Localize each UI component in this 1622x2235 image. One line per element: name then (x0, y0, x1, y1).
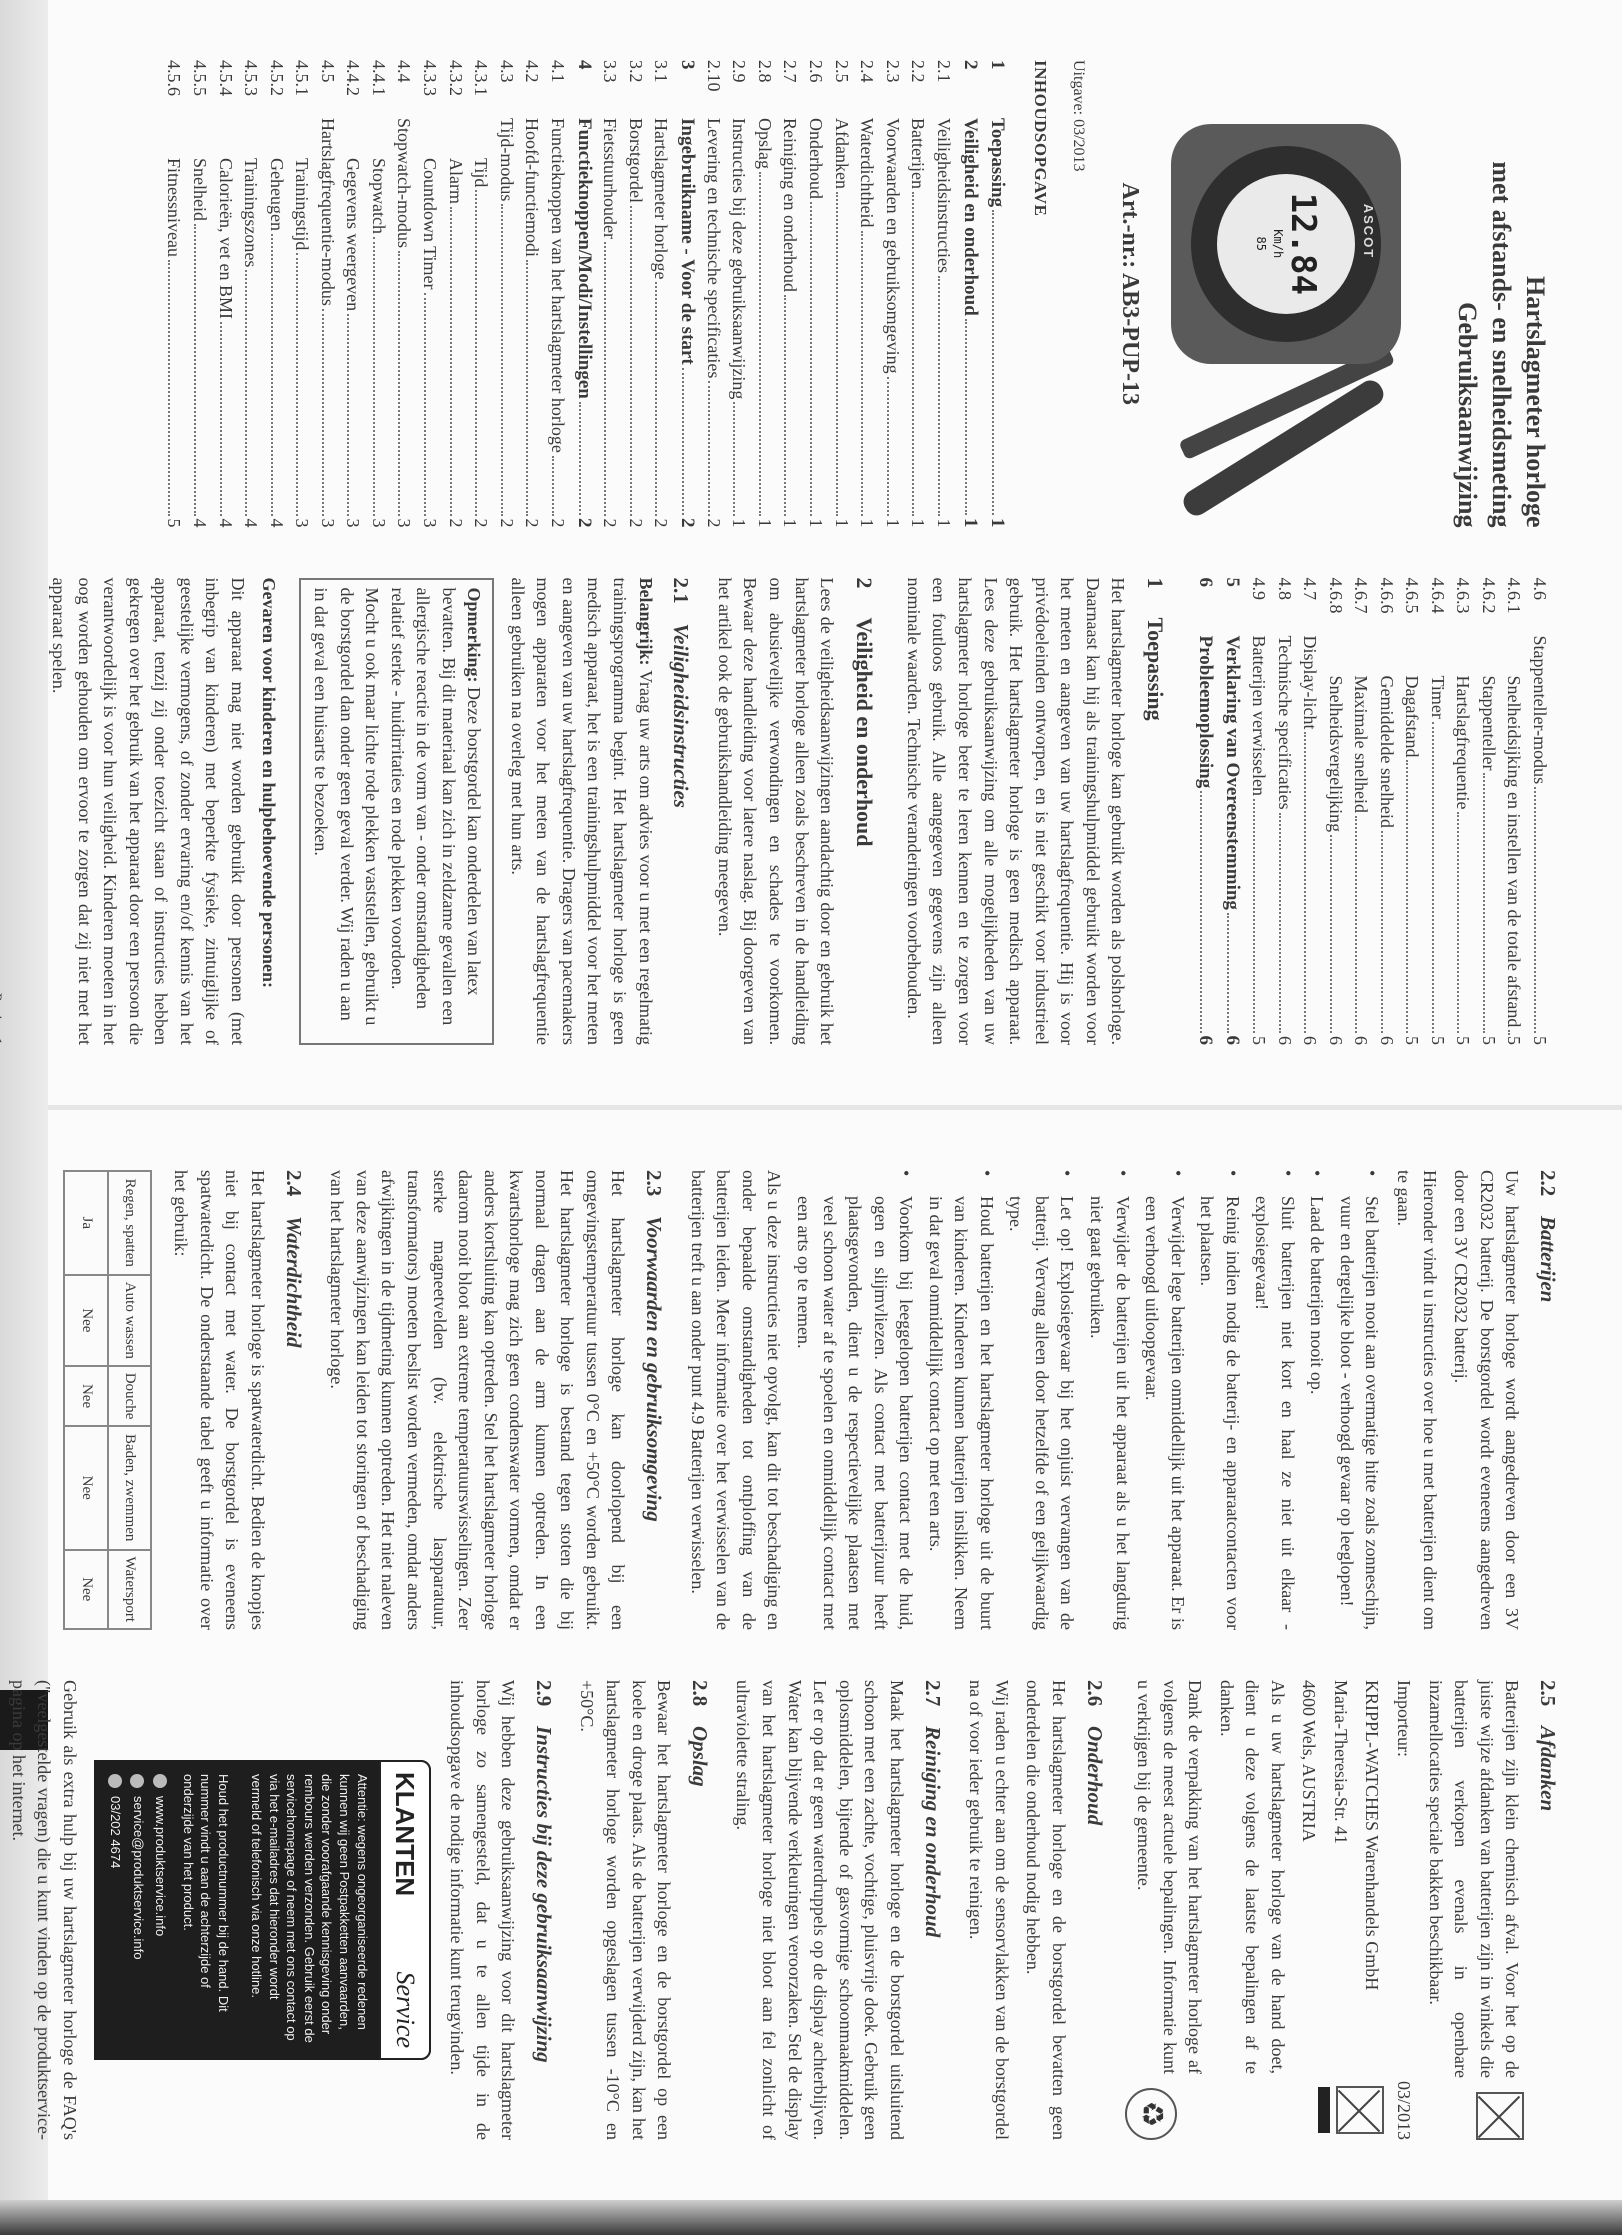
toc-entry[interactable]: 4.6.4Timer5 (1424, 578, 1450, 1046)
toc-entry[interactable]: 4.5.6Fitnessniveau5 (161, 60, 187, 528)
toc-entry[interactable]: 4Functieknoppen/Modi/Instellingen2 (570, 60, 597, 528)
section-body: Uw hartslagmeter horloge wordt aangedrev… (1448, 1170, 1525, 1630)
page-2-sheet: 2.2Batterijen Uw hartslagmeter horloge w… (48, 1110, 1622, 2200)
toc-entry[interactable]: 4.8Technische specificaties6 (1271, 578, 1297, 1046)
weee-date: 03/2013 (1390, 2081, 1416, 2140)
section-body: Wij hebben deze gebruiksaanwijzing voor … (443, 1680, 520, 2140)
toc-entry[interactable]: 4.4.2Gegevens weergeven3 (340, 60, 366, 528)
page-1-column-2: 4.6Stappenteller-modus54.6.1Snelheidsijk… (88, 578, 1552, 1046)
importer-name: KRIPPL-WATCHES Warenhandels GmbH (1359, 1680, 1385, 2061)
water-resistance-table: Regen, spatten Auto wassen Douche Baden,… (63, 1170, 152, 1630)
watch-brand: ASCOT (1358, 204, 1376, 260)
toc-entry[interactable]: 4.3.1Tijd2 (468, 60, 494, 528)
toc-entry[interactable]: 6Probleemoplossing6 (1192, 578, 1219, 1046)
toc-entry[interactable]: 4.4.1Stopwatch3 (365, 60, 391, 528)
page-2-column-2: 2.5Afdanken Batterijen zijn klein chemis… (88, 1680, 1562, 2140)
list-item: •Reinig indien nodig de batterij- en app… (1194, 1170, 1245, 1630)
toc-entry[interactable]: 4.5.2Geheugen4 (263, 60, 289, 528)
mail-icon (130, 1774, 144, 1788)
bullet-icon: • (922, 1170, 999, 1186)
subsection-heading: 2.4Waterdichtheid (278, 1170, 308, 1630)
toc-entry[interactable]: 3.1Hartslagmeter horloge2 (648, 60, 674, 528)
toc-entry[interactable]: 2.9Instructies bij deze gebruiksaanwijzi… (726, 60, 752, 528)
table-of-contents: 1Toepassing12Veiligheid en onderhoud12.1… (161, 60, 1010, 528)
toc-entry[interactable]: 4.6.3Hartslagfrequentie5 (1450, 578, 1476, 1046)
section-body: Batterijen zijn klein chemisch afval. Vo… (1422, 1680, 1524, 2078)
section-body: Als u uw hartslagmeter horloge van de ha… (1213, 1680, 1290, 2074)
list-item: •Houd batterijen en het hartslagmeter ho… (922, 1170, 999, 1630)
toc-entry[interactable]: 2Veiligheid en onderhoud1 (956, 60, 983, 528)
section-body: Maak het hartslagmeter horloge en de bor… (730, 1680, 909, 2140)
weee-bar-icon (1318, 2087, 1330, 2133)
toc-entry[interactable]: 2.4Waterdichtheid1 (854, 60, 880, 528)
section-body: Als u deze instructies niet opvolgt, kan… (684, 1170, 786, 1630)
toc-entry[interactable]: 3.3Fietsstuurhouder2 (597, 60, 623, 528)
subsection-heading: 2.3Voorwaarden en gebruiksomgeving (638, 1170, 668, 1630)
toc-entry[interactable]: 2.3Voorwaarden en gebruiksomgeving1 (879, 60, 905, 528)
toc-entry[interactable]: 4.6.5Dagafstand5 (1399, 578, 1425, 1046)
document-title: Hartslagmeter horloge met afstands- en s… (1451, 60, 1552, 528)
kids-body: Dit apparaat mag niet worden gebruikt do… (46, 578, 250, 1046)
toc-entry[interactable]: 4.6Stappenteller-modus5 (1526, 578, 1552, 1046)
list-item: •Sluit batterijen niet kort en haal ze n… (1249, 1170, 1300, 1630)
kids-heading: Gevaren voor kinderen en hulpbehoevende … (256, 578, 282, 1046)
section-body: Belangrijk: Vraag uw arts om advies voor… (504, 578, 657, 1046)
toc-entry[interactable]: 4.7Display-licht6 (1297, 578, 1323, 1046)
phone-icon (108, 1774, 122, 1788)
weee-bin-icon (1336, 2086, 1384, 2134)
importer-label: Importeur: (1390, 1680, 1416, 2061)
toc-entry[interactable]: 4.3.3Countdown Timer3 (416, 60, 442, 528)
toc-entry[interactable]: 4.5.4Calorieën, vet en BMI4 (212, 60, 238, 528)
importer-street: Maria-Theresia-Str. 41 (1327, 1680, 1353, 2061)
section-heading: 1Toepassing (1140, 578, 1171, 1046)
bullet-icon: • (1249, 1170, 1300, 1186)
latex-note-box: Opmerking: Deze borstgordel kan onderdel… (299, 578, 494, 1046)
section-body: Lees de veiligheidsaanwijzingen aandacht… (711, 578, 839, 1046)
section-body: Bewaar het hartslagmeter horloge en de b… (574, 1680, 676, 2140)
globe-icon (153, 1774, 167, 1788)
article-number: Art.-nr.: AB3-PUP-13 (1113, 60, 1147, 528)
toc-entry[interactable]: 2.8Opslag1 (751, 60, 777, 528)
list-item: •Voorkom bij leeggelopen batterijen cont… (790, 1170, 918, 1630)
product-image: ASCOT 12.84 Km/h 85 (1161, 124, 1421, 464)
toc-entry[interactable]: 5Verklaring van Overeenstemming6 (1218, 578, 1245, 1046)
section-heading: 2Veiligheid en onderhoud (849, 578, 880, 1046)
toc-entry[interactable]: 2.6Onderhoud1 (802, 60, 828, 528)
toc-entry[interactable]: 4.5.1Trainingstijd3 (289, 60, 315, 528)
toc-entry[interactable]: 2.7Reiniging en onderhoud1 (777, 60, 803, 528)
recycle-icon: ♻ (1125, 2088, 1177, 2140)
toc-entry[interactable]: 2.1Veiligheidsinstructies1 (930, 60, 956, 528)
edition: Uitgave: 03/2013 (1066, 60, 1089, 528)
toc-entry[interactable]: 2.2Batterijen1 (905, 60, 931, 528)
list-item: •Verwijder de batterijen uit het apparaa… (1083, 1170, 1134, 1630)
subsection-heading: 2.6Onderhoud (1079, 1680, 1109, 2140)
toc-entry[interactable]: 4.9Batterijen verwisselen5 (1245, 578, 1271, 1046)
toc-heading: INHOUDSOPGAVE (1028, 60, 1052, 528)
section-body: Het hartslagmeter horloge en de borstgor… (1020, 1680, 1071, 2140)
table-header-row: Regen, spatten Auto wassen Douche Baden,… (108, 1171, 151, 1629)
subsection-heading: 2.1Veiligheidsinstructies (666, 578, 696, 1046)
page-2-column-1: 2.2Batterijen Uw hartslagmeter horloge w… (88, 1170, 1562, 1630)
customer-service-box: KLANTENService Attentie: wegens ongeorga… (94, 1760, 432, 2060)
toc-entry[interactable]: 3Ingebruikname - Voor de start2 (673, 60, 700, 528)
table-row: Ja Nee Nee Nee Nee (64, 1171, 107, 1629)
bullet-icon: • (1333, 1170, 1384, 1186)
service-email[interactable]: service@produktservice.info (126, 1760, 148, 2060)
toc-entry[interactable]: 1Toepassing1 (983, 60, 1010, 528)
crossed-bin-icon (1476, 2092, 1524, 2140)
list-item: •Let op! Explosiegevaar bij het onjuist … (1003, 1170, 1080, 1630)
section-body: Wij raden u echter aan om de sensorvlakk… (963, 1680, 1014, 2140)
toc-entry[interactable]: 4.5Hartslagfrequentie-modus3 (314, 60, 340, 528)
subsection-heading: 2.2Batterijen (1532, 1170, 1562, 1630)
toc-entry[interactable]: 4.3.2Alarm2 (442, 60, 468, 528)
bullet-icon: • (790, 1170, 918, 1186)
list-item: •Verwijder lege batterijen onmiddellijk … (1139, 1170, 1190, 1630)
toc-entry[interactable]: 4.6.7Maximale snelheid6 (1348, 578, 1374, 1046)
list-item: •Stel batterijen nooit aan overmatige hi… (1333, 1170, 1384, 1630)
toc-entry[interactable]: 2.10Levering en technische specificaties… (700, 60, 726, 528)
toc-entry[interactable]: 4.5.5Snelheid4 (187, 60, 213, 528)
subsection-heading: 2.5Afdanken (1532, 1680, 1562, 2140)
toc-entry[interactable]: 4.6.8Snelheidsvergelijking6 (1322, 578, 1348, 1046)
toc-entry[interactable]: 4.3Tijd-modus2 (493, 60, 519, 528)
page-number: Pagina 1 (0, 578, 6, 1046)
bullet-icon: • (1083, 1170, 1134, 1186)
bullet-icon: • (1304, 1170, 1330, 1186)
toc-entry[interactable]: 4.5.3Trainingszones4 (238, 60, 264, 528)
faq-text: Gebruik als extra hulp bij uw hartslagme… (5, 1680, 82, 2140)
toc-entry[interactable]: 4.4Stopwatch-modus3 (391, 60, 417, 528)
section-body: Het hartslagmeter horloge kan gebruikt w… (900, 578, 1130, 1046)
toc-entry[interactable]: 4.6.6Gemiddelde snelheid6 (1373, 578, 1399, 1046)
subsection-heading: 2.8Opslag (684, 1680, 714, 2140)
toc-entry[interactable]: 3.2Borstgordel2 (622, 60, 648, 528)
watch-display: 12.84 Km/h 85 (1217, 174, 1355, 314)
section-body: Hieronder vindt u instructies over hoe u… (1390, 1170, 1441, 1630)
subsection-heading: 2.7Reiniging en onderhoud (917, 1680, 947, 2140)
list-item: •Laad de batterijen nooit op. (1304, 1170, 1330, 1630)
toc-entry[interactable]: 4.6.1Snelheidsijking en instellen van de… (1501, 578, 1527, 1046)
toc-entry[interactable]: 4.6.2Stappenteller5 (1475, 578, 1501, 1046)
section-body: Het hartslagmeter horloge kan doorlopend… (324, 1170, 631, 1630)
subsection-heading: 2.9Instructies bij deze gebruiksaanwijzi… (528, 1680, 558, 2140)
bullet-icon: • (1139, 1170, 1190, 1186)
importer-city: 4600 Wels, AUSTRIA (1296, 1680, 1322, 2061)
service-phone[interactable]: 03/202 4674 (104, 1760, 126, 2060)
toc-entry[interactable]: 4.2Hoofd-functiemodi2 (519, 60, 545, 528)
scan-bottom-edge (0, 2200, 1622, 2235)
battery-bullet-list: •Stel batterijen nooit aan overmatige hi… (790, 1170, 1384, 1630)
page-1-column-1: Hartslagmeter horloge met afstands- en s… (88, 60, 1552, 528)
service-website[interactable]: www.produktservice.info (149, 1760, 171, 2060)
page-1: Hartslagmeter horloge met afstands- en s… (48, 0, 1622, 1105)
bullet-icon: • (1003, 1170, 1080, 1186)
section-body: Het hartslagmeter horloge is spatwaterdi… (168, 1170, 270, 1630)
toc-entry[interactable]: 4.1Functieknoppen van het hartslagmeter … (544, 60, 570, 528)
page-1-sheet: Hartslagmeter horloge met afstands- en s… (48, 0, 1622, 1105)
toc-entry[interactable]: 2.5Afdanken1 (828, 60, 854, 528)
page-2: 2.2Batterijen Uw hartslagmeter horloge w… (48, 1110, 1622, 2200)
table-of-contents-continued: 4.6Stappenteller-modus54.6.1Snelheidsijk… (1192, 578, 1553, 1046)
bullet-icon: • (1194, 1170, 1245, 1186)
section-body: Dank de verpakking van het hartslagmeter… (1131, 1680, 1208, 2074)
